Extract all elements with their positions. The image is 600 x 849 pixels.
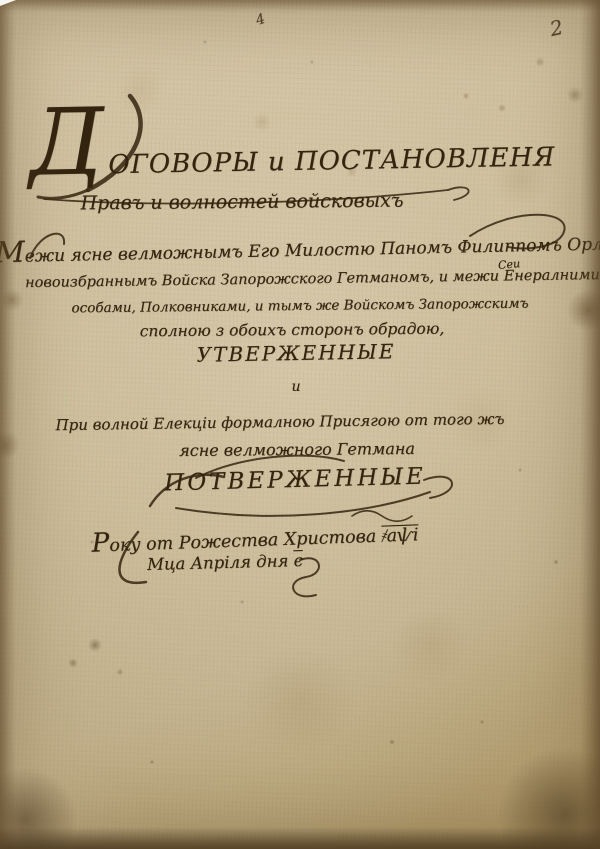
manuscript-photo: 2 4 ДОГОВОРЫ и ПОСТАНОВЛЕНЯ Правъ и волн… [0,0,600,849]
oath-line-2: ясне велможного Гетмана [0,438,597,461]
page-number: 2 [548,15,565,41]
subtitle-line: Правъ и волностей войсковыхъ [0,189,542,215]
manuscript-page: 2 4 ДОГОВОРЫ и ПОСТАНОВЛЕНЯ Правъ и волн… [0,0,600,849]
date-day-numeral: є [293,551,303,570]
corner-wedge [0,0,16,6]
affirmed-word: УТВЕРЖЕННЫЕ [0,337,596,369]
oath-line-1: При волной Елекціи формалною Присягою от… [0,410,580,435]
conjunction: и [0,380,596,395]
ink-mark: 4 [254,11,267,29]
preamble-line-2: новоизбраннымъ Войска Запорожского Гетма… [22,268,600,292]
preamble-line-3: особами, Полковниками, и тымъ же Войском… [0,296,600,317]
date-year-numeral: ҂аѱі [381,525,418,546]
title-text: ОГОВОРЫ и ПОСТАНОВЛЕНЯ [108,143,555,179]
confirmed-word: ПОТВЕРЖЕННЫЕ [0,460,595,501]
title-line: ДОГОВОРЫ и ПОСТАНОВЛЕНЯ [0,99,593,182]
date-day-prefix: Мца Апріля дня [147,551,294,574]
title-initial: Д [29,107,105,177]
